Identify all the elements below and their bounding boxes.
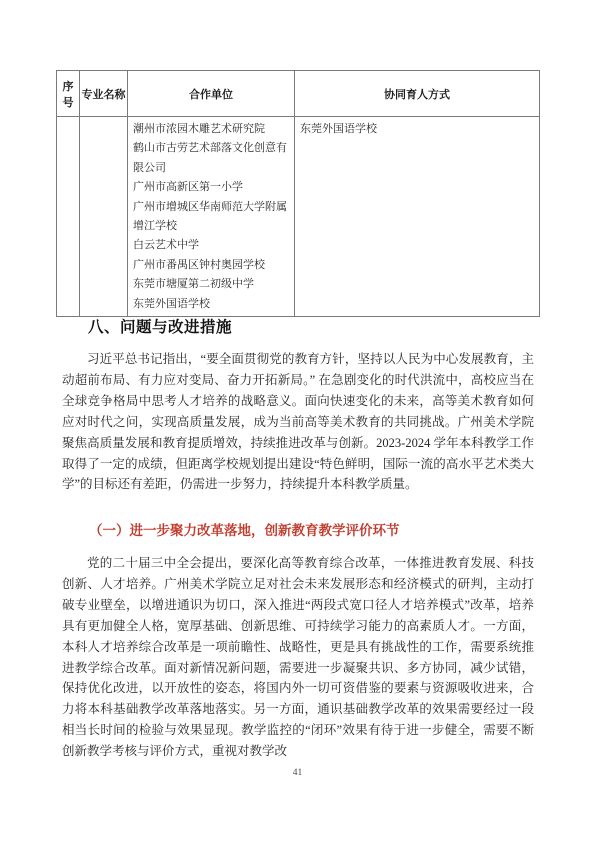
section-paragraph: 习近平总书记指出，“要全面贯彻党的教育方针，坚持以人民为中心发展教育，主动超前布… bbox=[62, 349, 534, 495]
page-number: 41 bbox=[0, 768, 595, 778]
column-header-serial: 序号 bbox=[57, 71, 80, 117]
table-header-row: 序号 专业名称 合作单位 协同育人方式 bbox=[57, 71, 540, 117]
partner-item: 东莞外国语学校 bbox=[133, 295, 290, 314]
cell-major bbox=[80, 117, 128, 317]
partner-item: 鹤山市古劳艺术部落文化创意有限公司 bbox=[133, 139, 290, 178]
partner-item: 广州市番禺区钟村奥园学校 bbox=[133, 256, 290, 275]
column-header-major: 专业名称 bbox=[80, 71, 128, 117]
section-heading: 八、问题与改进措施 bbox=[88, 315, 232, 337]
table-row: 潮州市浓园木雕艺术研究院鹤山市古劳艺术部落文化创意有限公司广州市高新区第一小学广… bbox=[57, 117, 540, 317]
subsection-heading: （一）进一步聚力改革落地，创新教育教学评价环节 bbox=[62, 519, 534, 539]
partner-item: 广州市高新区第一小学 bbox=[133, 178, 290, 197]
partner-item: 白云艺术中学 bbox=[133, 236, 290, 255]
partner-item: 广州市增城区华南师范大学附属增江学校 bbox=[133, 198, 290, 237]
document-page: 序号 专业名称 合作单位 协同育人方式 潮州市浓园木雕艺术研究院鹤山市古劳艺术部… bbox=[0, 0, 595, 842]
partner-item: 潮州市浓园木雕艺术研究院 bbox=[133, 120, 290, 139]
cell-method: 东莞外国语学校 bbox=[295, 117, 540, 317]
column-header-method: 协同育人方式 bbox=[295, 71, 540, 117]
column-header-partner: 合作单位 bbox=[128, 71, 295, 117]
cell-partners: 潮州市浓园木雕艺术研究院鹤山市古劳艺术部落文化创意有限公司广州市高新区第一小学广… bbox=[128, 117, 295, 317]
cell-serial bbox=[57, 117, 80, 317]
partner-item: 东莞市塘厦第二初级中学 bbox=[133, 275, 290, 294]
cooperation-table: 序号 专业名称 合作单位 协同育人方式 潮州市浓园木雕艺术研究院鹤山市古劳艺术部… bbox=[56, 70, 540, 317]
subsection-paragraph: 党的二十届三中全会提出，要深化高等教育综合改革，一体推进教育发展、科技创新、人才… bbox=[62, 553, 534, 762]
